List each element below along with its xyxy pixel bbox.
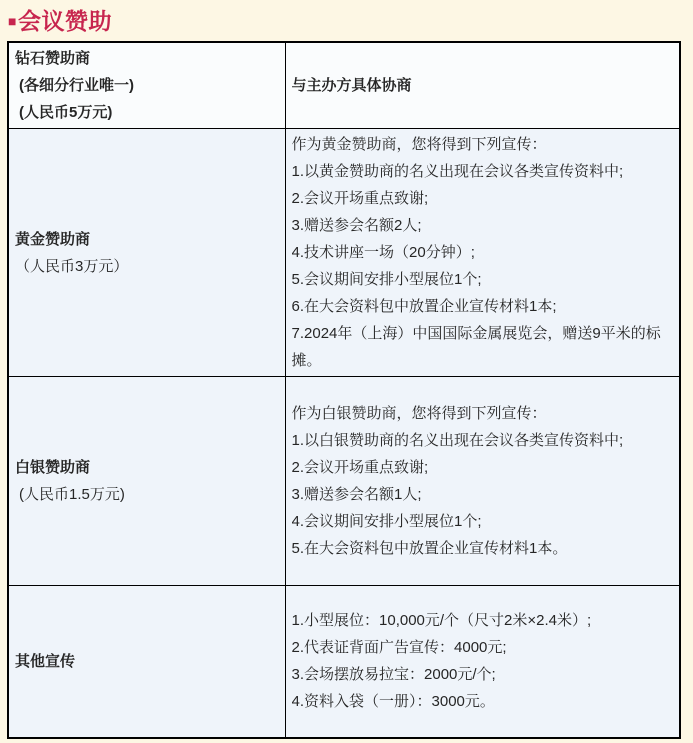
other-promotion-item-2: 2.代表证背面广告宣传：4000元; — [292, 634, 674, 661]
silver-sponsor-benefits-cell: 作为白银赞助商，您将得到下列宣传： 1.以白银赞助商的名义出现在会议各类宣传资料… — [285, 377, 680, 586]
gold-benefit-item-2: 2.会议开场重点致谢; — [292, 185, 674, 212]
other-promotion-item-1: 1.小型展位：10,000元/个（尺寸2米×2.4米）; — [292, 607, 674, 634]
silver-sponsor-price: (人民币1.5万元) — [15, 481, 279, 508]
silver-benefit-item-2: 2.会议开场重点致谢; — [292, 454, 674, 481]
table-row-other-promotion: 其他宣传 1.小型展位：10,000元/个（尺寸2米×2.4米）; 2.代表证背… — [8, 586, 680, 738]
silver-sponsor-title: 白银赞助商 — [15, 454, 279, 481]
diamond-sponsor-price: (人民币5万元) — [15, 99, 279, 126]
diamond-sponsor-name-cell: 钻石赞助商 (各细分行业唯一) (人民币5万元) — [8, 42, 285, 129]
silver-benefit-intro: 作为白银赞助商，您将得到下列宣传： — [292, 400, 674, 427]
gold-benefit-item-6: 6.在大会资料包中放置企业宣传材料1本; — [292, 293, 674, 320]
gold-sponsor-price: （人民币3万元） — [15, 253, 279, 280]
other-promotion-title: 其他宣传 — [15, 648, 279, 675]
page-title-text: 会议赞助 — [18, 8, 112, 34]
gold-sponsor-name-cell: 黄金赞助商 （人民币3万元） — [8, 129, 285, 377]
gold-benefit-item-3: 3.赠送参会名额2人; — [292, 212, 674, 239]
diamond-sponsor-benefits-cell: 与主办方具体协商 — [285, 42, 680, 129]
gold-benefit-item-1: 1.以黄金赞助商的名义出现在会议各类宣传资料中; — [292, 158, 674, 185]
silver-sponsor-name-cell: 白银赞助商 (人民币1.5万元) — [8, 377, 285, 586]
other-promotion-items-cell: 1.小型展位：10,000元/个（尺寸2米×2.4米）; 2.代表证背面广告宣传… — [285, 586, 680, 738]
gold-benefit-intro: 作为黄金赞助商，您将得到下列宣传： — [292, 131, 674, 158]
page-title: ■会议赞助 — [8, 8, 681, 34]
table-row-gold-sponsor: 黄金赞助商 （人民币3万元） 作为黄金赞助商，您将得到下列宣传： 1.以黄金赞助… — [8, 129, 680, 377]
page-container: ■会议赞助 钻石赞助商 (各细分行业唯一) (人民币5万元) 与主办方具体协商 … — [0, 0, 693, 739]
other-promotion-name-cell: 其他宣传 — [8, 586, 285, 738]
silver-benefit-item-3: 3.赠送参会名额1人; — [292, 481, 674, 508]
silver-benefit-item-4: 4.会议期间安排小型展位1个; — [292, 508, 674, 535]
gold-sponsor-benefits-cell: 作为黄金赞助商，您将得到下列宣传： 1.以黄金赞助商的名义出现在会议各类宣传资料… — [285, 129, 680, 377]
other-promotion-item-4: 4.资料入袋（一册）：3000元。 — [292, 688, 674, 715]
diamond-sponsor-note: (各细分行业唯一) — [15, 72, 279, 99]
diamond-benefit-text: 与主办方具体协商 — [292, 72, 674, 99]
gold-benefit-item-7: 7.2024年（上海）中国国际金属展览会，赠送9平米的标摊。 — [292, 320, 674, 374]
table-row-silver-sponsor: 白银赞助商 (人民币1.5万元) 作为白银赞助商，您将得到下列宣传： 1.以白银… — [8, 377, 680, 586]
silver-benefit-item-5: 5.在大会资料包中放置企业宣传材料1本。 — [292, 535, 674, 562]
gold-sponsor-title: 黄金赞助商 — [15, 226, 279, 253]
section-bullet-icon: ■ — [8, 13, 17, 29]
diamond-sponsor-title: 钻石赞助商 — [15, 45, 279, 72]
gold-benefit-item-5: 5.会议期间安排小型展位1个; — [292, 266, 674, 293]
other-promotion-item-3: 3.会场摆放易拉宝：2000元/个; — [292, 661, 674, 688]
sponsorship-table: 钻石赞助商 (各细分行业唯一) (人民币5万元) 与主办方具体协商 黄金赞助商 … — [7, 41, 681, 739]
table-row-diamond-sponsor: 钻石赞助商 (各细分行业唯一) (人民币5万元) 与主办方具体协商 — [8, 42, 680, 129]
gold-benefit-item-4: 4.技术讲座一场（20分钟）; — [292, 239, 674, 266]
silver-benefit-item-1: 1.以白银赞助商的名义出现在会议各类宣传资料中; — [292, 427, 674, 454]
